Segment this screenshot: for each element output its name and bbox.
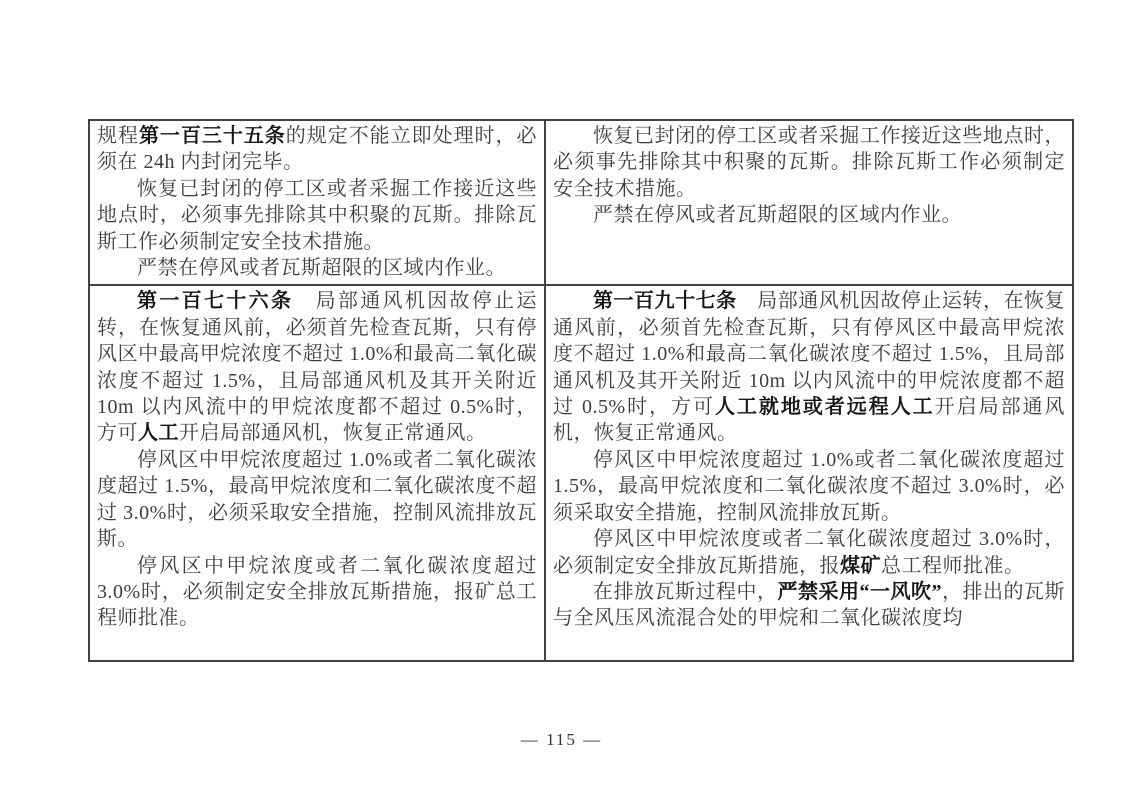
table-row: 第一百七十六条 局部通风机因故停止运转，在恢复通风前，必须首先检查瓦斯，只有停风… xyxy=(89,285,1073,661)
text-run: 停风区中甲烷浓度超过 1.0%或者二氧化碳浓度超过 1.5%，最高甲烷浓度和二氧… xyxy=(97,449,537,550)
text-run: 规程 xyxy=(97,125,139,147)
emphasis-text-run: 人工就地或者远程人工 xyxy=(715,396,935,418)
regulation-cell-new-row1: 恢复已封闭的停工区或者采掘工作接近这些地点时，必须事先排除其中积聚的瓦斯。排除瓦… xyxy=(545,120,1073,285)
text-run: 开启局部通风机，恢复正常通风。 xyxy=(179,422,487,444)
text-run: 严禁在停风或者瓦斯超限的区域内作业。 xyxy=(593,204,962,226)
paragraph: 规程第一百三十五条的规定不能立即处理时，必须在 24h 内封闭完毕。 xyxy=(97,123,537,176)
text-run: 恢复已封闭的停工区或者采掘工作接近这些地点时，必须事先排除其中积聚的瓦斯。排除瓦… xyxy=(97,178,537,253)
paragraph: 停风区中甲烷浓度或者二氧化碳浓度超过 3.0%时，必须制定安全排放瓦斯措施，报煤… xyxy=(553,526,1065,579)
text-run: 总工程师批准。 xyxy=(881,555,1025,577)
regulation-cell-old-row2: 第一百七十六条 局部通风机因故停止运转，在恢复通风前，必须首先检查瓦斯，只有停风… xyxy=(89,285,545,661)
emphasis-text-run: 第一百七十六条 xyxy=(137,290,293,312)
paragraph: 停风区中甲烷浓度或者二氧化碳浓度超过 3.0%时，必须制定安全排放瓦斯措施，报矿… xyxy=(97,553,537,632)
paragraph: 严禁在停风或者瓦斯超限的区域内作业。 xyxy=(553,202,1065,228)
emphasis-text-run: 煤矿 xyxy=(840,555,881,577)
text-run: 严禁在停风或者瓦斯超限的区域内作业。 xyxy=(137,257,506,279)
document-page: 规程第一百三十五条的规定不能立即处理时，必须在 24h 内封闭完毕。恢复已封闭的… xyxy=(0,0,1123,794)
regulation-comparison-table: 规程第一百三十五条的规定不能立即处理时，必须在 24h 内封闭完毕。恢复已封闭的… xyxy=(88,119,1074,662)
emphasis-text-run: 严禁采用“一风吹” xyxy=(778,581,943,603)
regulation-cell-old-row1: 规程第一百三十五条的规定不能立即处理时，必须在 24h 内封闭完毕。恢复已封闭的… xyxy=(89,120,545,285)
regulation-cell-new-row2: 第一百九十七条 局部通风机因故停止运转，在恢复通风前，必须首先检查瓦斯，只有停风… xyxy=(545,285,1073,661)
paragraph: 第一百九十七条 局部通风机因故停止运转，在恢复通风前，必须首先检查瓦斯，只有停风… xyxy=(553,288,1065,446)
paragraph: 停风区中甲烷浓度超过 1.0%或者二氧化碳浓度超过 1.5%，最高甲烷浓度和二氧… xyxy=(553,447,1065,526)
paragraph: 在排放瓦斯过程中，严禁采用“一风吹”，排出的瓦斯与全风压风流混合处的甲烷和二氧化… xyxy=(553,579,1065,632)
table-row: 规程第一百三十五条的规定不能立即处理时，必须在 24h 内封闭完毕。恢复已封闭的… xyxy=(89,120,1073,285)
paragraph: 严禁在停风或者瓦斯超限的区域内作业。 xyxy=(97,255,537,281)
text-run: 停风区中甲烷浓度超过 1.0%或者二氧化碳浓度超过 1.5%，最高甲烷浓度和二氧… xyxy=(553,449,1065,524)
paragraph: 第一百七十六条 局部通风机因故停止运转，在恢复通风前，必须首先检查瓦斯，只有停风… xyxy=(97,288,537,446)
paragraph: 停风区中甲烷浓度超过 1.0%或者二氧化碳浓度超过 1.5%，最高甲烷浓度和二氧… xyxy=(97,447,537,553)
paragraph: 恢复已封闭的停工区或者采掘工作接近这些地点时，必须事先排除其中积聚的瓦斯。排除瓦… xyxy=(97,176,537,255)
emphasis-text-run: 第一百三十五条 xyxy=(139,125,286,147)
page-number: — 115 — xyxy=(0,730,1123,750)
text-run: 停风区中甲烷浓度或者二氧化碳浓度超过 3.0%时，必须制定安全排放瓦斯措施，报矿… xyxy=(97,555,537,630)
text-run: 恢复已封闭的停工区或者采掘工作接近这些地点时，必须事先排除其中积聚的瓦斯。排除瓦… xyxy=(553,125,1065,200)
emphasis-text-run: 第一百九十七条 xyxy=(593,290,737,312)
paragraph: 恢复已封闭的停工区或者采掘工作接近这些地点时，必须事先排除其中积聚的瓦斯。排除瓦… xyxy=(553,123,1065,202)
emphasis-text-run: 人工 xyxy=(138,422,179,444)
text-run: 在排放瓦斯过程中， xyxy=(593,581,778,603)
